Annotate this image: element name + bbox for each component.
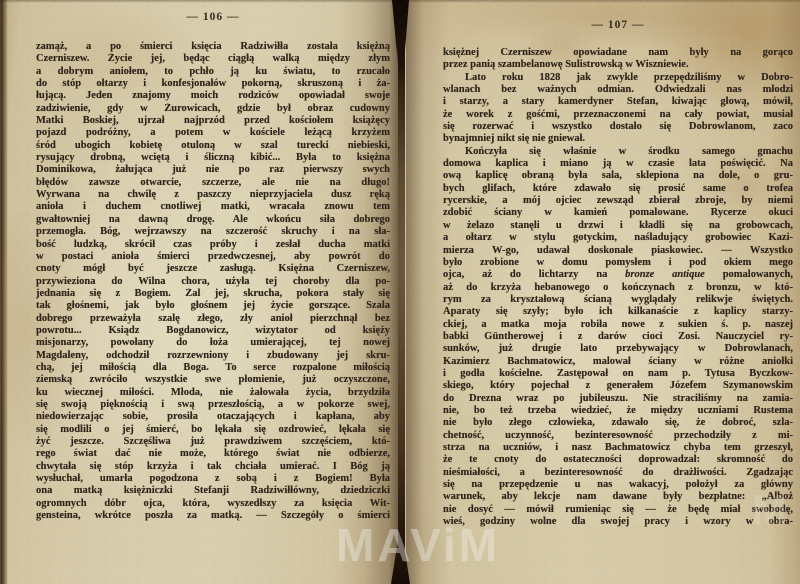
text-line: Matki Boskiej, ujrzał najprzód przed koś… [36,115,390,127]
text-line: ową kaplicę obraną była sala, sklepiona … [443,170,793,182]
text-line: do Drezna wraz po jubileuszu. Nie straci… [443,393,793,405]
text-line: misjonarzy, powołany do łoża umierającej… [36,337,390,349]
text-line: nie było złego człowieka, zdawało się, ż… [443,417,793,429]
text-line: wlanach bez ważnych odmian. Odwiedzali n… [443,84,793,96]
text-line: w żelazo stanęli u drzwi i kładli się na… [443,220,793,232]
text-line: przez panią szambelanowę Sulistrowską w … [443,59,793,71]
line-part: ojca, aż do lichtarzy na [443,269,625,280]
text-line: Kazimierz Bachmatowicz, malował ściany w… [443,356,793,368]
text-line: jednania się z Bogiem. Żal jej, skrucha,… [36,288,390,300]
book-fore-edge [0,0,8,584]
text-line: powrotu... Ksiądz Bogdanowicz, wizytator… [36,325,390,337]
text-line: się rozerwać i wszystko dostało się Dobr… [443,121,793,133]
text-line: warunek, aby lekcje nam dawane były bezp… [443,491,793,503]
text-line: a dobrym aniołem, to pchło ją ku światu,… [36,66,390,78]
text-line: Dominikowa, żałująca już nie po raz pier… [36,164,390,176]
text-line: zadziwienie, gdy w Żurowicach, gdzie był… [36,103,390,115]
text-line: cnoty mógł być jeszcze zasługą. Księżna … [36,263,390,275]
text-line: się swoją pięknością i swą przeszłością,… [36,399,390,411]
text-line: tak głośnemi, jak było głośnem jej życie… [36,300,390,312]
right-page-text: księżnej Czerniszew opowiadane nam były … [443,47,793,528]
text-line: że te cnoty do ostateczności doprowadzał… [443,454,793,466]
text-line: rym za kryształową ścianą wyglądały reli… [443,294,793,306]
text-line: że worek z gośćmi, przeznaczonemi na cał… [443,109,793,121]
text-line: skiego, który pojechał z generałem Józef… [443,380,793,392]
text-line: rego świat dać nie może, którego świat n… [36,448,390,460]
text-line: wieś, godziny wolne dla swojej pracy i w… [443,516,793,528]
text-line: a ołtarz w stylu gotyckim, naśladujący g… [443,232,793,244]
text-line: chą, jej miłością dla Boga. To serce roz… [36,362,390,374]
left-page-text: zamąż, a po śmierci księcia Radziwiłła z… [36,41,390,522]
book-photo: — 106 — — 107 — zamąż, a po śmierci księ… [0,0,800,584]
text-line: i godła kościelne. Zastępował on nam p. … [443,368,793,380]
text-line: ziemską zwróciło wszystkie swe płomienie… [36,374,390,386]
text-line: było zrobione w domu pomysłem i pod okie… [443,257,793,269]
text-line: niedowierzając sobie, prosiła otaczający… [36,411,390,423]
page-number-left: — 106 — [36,11,390,23]
gutter-crease [398,0,405,584]
text-line: Czerniszew. Życie jej, będąc ciągłą walk… [36,53,390,65]
text-line: nieśmiałości, a bezinteresowność do draż… [443,467,793,479]
text-line: rysujący drobną, wciętą i śliczną kibić.… [36,152,390,164]
page-number-right: — 107 — [443,19,793,31]
text-line: nie, bo też trzeba wiedzieć, że między u… [443,405,793,417]
text-line: do stóp ołtarzy i konfesjonałów pokorną,… [36,78,390,90]
text-line: strza na uczniów, i nasz Bachmatowicz ch… [443,442,793,454]
text-line: wysłuchał, umarła pogodzona z sobą i z B… [36,473,390,485]
text-line: babki Güntherowej i z darów cioci Zosi. … [443,331,793,343]
text-line: bych glifach, które zdawało się prosić s… [443,183,793,195]
text-line: zamąż, a po śmierci księcia Radziwiłła z… [36,41,390,53]
text-line: ku wiecznej miłości. Młoda, nie żałowała… [36,387,390,399]
text-line: gwałtowniej na dawną drogę. Ale wkońcu s… [36,214,390,226]
text-line: nie dosyć — mówił rumieniąc się — że będ… [443,504,793,516]
text-line: Wyrwana na chwilę z paszczy nieprzyjacie… [36,189,390,201]
text-line: śród ubogich kobietę otuloną w szal ture… [36,140,390,152]
text-line: Magdaleny, odchodził rozrzewniony i zbud… [36,350,390,362]
text-line: dobrego przeważyła szalę złego, zły anio… [36,313,390,325]
text-line: aż do krzyża hebanowego o kończynach z b… [443,282,793,294]
text-line: przemogła. Bóg, wejrzawszy na szczerość … [36,226,390,238]
text-line: rycerskie, a mój ojciec zewsząd zbierał … [443,195,793,207]
text-line: chwytała się stóp krzyża i tak chciała u… [36,461,390,473]
text-line: Kończyła się właśnie w środku samego gma… [443,146,793,158]
text-line: ckiej, a matka moja robiła nowe z sukien… [443,319,793,331]
text-line: i starzy, a stary kamerdyner Stefan, kiw… [443,96,793,108]
text-line: się na przepędzenie u nas wakacyj, położ… [443,479,793,491]
text-line: bynajmniej nikt się nie gniewał. [443,133,793,145]
text-line: pojazd podróżny, a potem w kościele leżą… [36,127,390,139]
text-line: chetność, uczynność, bezinteresowność pr… [443,430,793,442]
text-line: żyć jeszcze. Szczęśliwa już prawdziwem s… [36,436,390,448]
text-line: gensteina, wkrótce poszła za matką. — Sz… [36,510,390,522]
text-line: Aparaty się szyły; było ich kilkanaście … [443,306,793,318]
text-line: przywieziona do Wilna chora, użyła tej c… [36,276,390,288]
text-line: domowa kaplica i miano ją w czasie lata … [443,158,793,170]
text-line: mierza W-go, udawał doskonale piaskowiec… [443,245,793,257]
line-part: pomalowanych, [705,269,793,280]
text-line: księżnej Czerniszew opowiadane nam były … [443,47,793,59]
text-line: się modlili o jej śmierć, bo lękała się … [36,424,390,436]
text-line: zdobić ściany w kamień pomalowane. Rycer… [443,207,793,219]
text-line: w postaci anioła śmierci przedwczesnej, … [36,251,390,263]
text-line: bość ludzką, skrócił czas próby i zesłał… [36,239,390,251]
text-line: błędów zawsze otwarcie, szczerze, ale ni… [36,177,390,189]
text-line: sunków, już drugie lato przebywający w D… [443,343,793,355]
text-line: Lato roku 1828 jak zwykle przepędziliśmy… [443,72,793,84]
text-line: ojca, aż do lichtarzy na bronze antique … [443,269,793,281]
text-line: ona matką księżniczki Stefanji Radziwiłł… [36,485,390,497]
text-line: łującą. Jeden znajomy moich rodziców opo… [36,90,390,102]
text-line: anioła i duchem cnotliwej matki, wracała… [36,201,390,213]
italic-phrase: bronze antique [625,269,705,280]
text-line: ogromnych dóbr ojca, która, wyszedłszy z… [36,498,390,510]
